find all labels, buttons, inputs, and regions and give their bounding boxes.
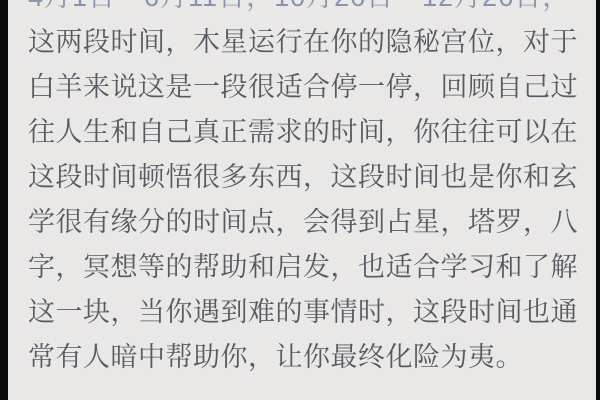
left-edge-bar (0, 0, 8, 400)
date-range-line: 4月1日—6月11日，10月26日—12月26日， (28, 0, 588, 20)
paragraph-line: 这段时间顿悟很多东西，这段时间也是你和玄 (28, 155, 588, 200)
paragraph-line: 字，冥想等的帮助和启发，也适合学习和了解 (28, 245, 588, 290)
article-screen: { "page": { "background_color": "#e9e8e6… (0, 0, 600, 400)
article-text: 4月1日—6月11日，10月26日—12月26日， 这两段时间，木星运行在你的隐… (28, 0, 588, 380)
paragraph-line: 这两段时间，木星运行在你的隐秘宫位，对于 (28, 20, 588, 65)
paragraph-line: 白羊来说这是一段很适合停一停，回顾自己过 (28, 65, 588, 110)
paragraph-line: 学很有缘分的时间点，会得到占星，塔罗，八 (28, 200, 588, 245)
right-edge-bar (596, 0, 600, 400)
paragraph-line: 常有人暗中帮助你，让你最终化险为夷。 (28, 335, 588, 380)
paragraph-line: 这一块，当你遇到难的事情时，这段时间也通 (28, 290, 588, 335)
paragraph-line: 往人生和自己真正需求的时间，你往往可以在 (28, 110, 588, 155)
